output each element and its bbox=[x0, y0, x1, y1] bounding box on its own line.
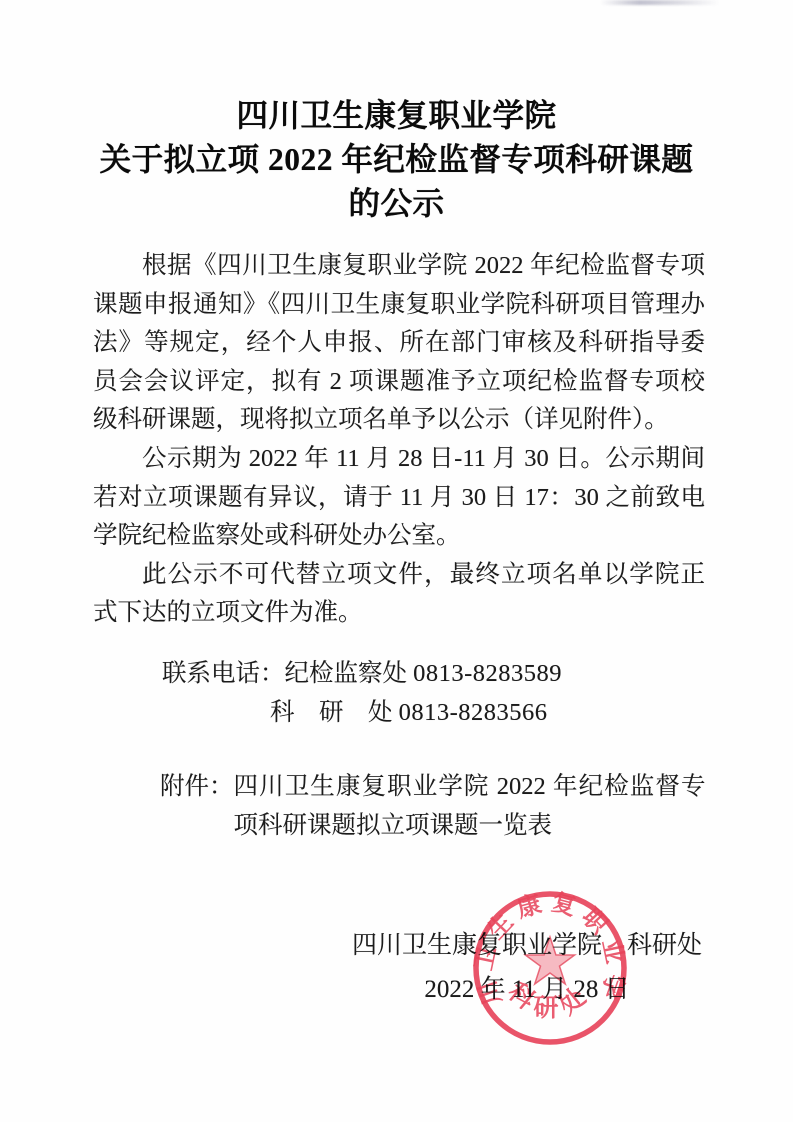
official-seal-stamp: 四川卫生康复职业学院 科研处 bbox=[470, 888, 630, 1048]
scan-smudge-artifact bbox=[600, 0, 720, 5]
contact-dept-1: 纪检监察处 bbox=[285, 660, 408, 687]
paragraph-publicity-period: 公示期为 2022 年 11 月 28 日-11 月 30 日。公示期间若对立项… bbox=[93, 440, 705, 556]
scanned-notice-page: 四川卫生康复职业学院 关于拟立项 2022 年纪检监督专项科研课题 的公示 根据… bbox=[0, 0, 793, 1122]
contact-phone-2: 0813-8283566 bbox=[399, 699, 548, 726]
title-line-suffix: 的公示 bbox=[0, 182, 793, 226]
contact-line-research-office: 科 研 处 0813-8283566 bbox=[162, 694, 562, 733]
paragraph-basis: 根据《四川卫生康复职业学院 2022 年纪检监督专项课题申报通知》《四川卫生康复… bbox=[93, 247, 705, 440]
contact-info: 联系电话：纪检监察处 0813-8283589 科 研 处 0813-82835… bbox=[162, 655, 562, 732]
contact-label: 联系电话： bbox=[162, 660, 285, 687]
seal-bottom-text: 科研处 bbox=[503, 978, 597, 1022]
attachment-title: 四川卫生康复职业学院 2022 年纪检监督专项科研课题拟立项课题一览表 bbox=[234, 768, 706, 845]
title-line-subject: 关于拟立项 2022 年纪检监督专项科研课题 bbox=[0, 138, 793, 182]
notice-body: 根据《四川卫生康复职业学院 2022 年纪检监督专项课题申报通知》《四川卫生康复… bbox=[93, 247, 705, 633]
title-line-org: 四川卫生康复职业学院 bbox=[0, 94, 793, 138]
seal-star-icon bbox=[525, 937, 574, 984]
contact-phone-1: 0813-8283589 bbox=[413, 660, 562, 687]
notice-title: 四川卫生康复职业学院 关于拟立项 2022 年纪检监督专项科研课题 的公示 bbox=[0, 94, 793, 226]
paragraph-disclaimer: 此公示不可代替立项文件，最终立项名单以学院正式下达的立项文件为准。 bbox=[93, 556, 705, 633]
contact-line-discipline-office: 联系电话：纪检监察处 0813-8283589 bbox=[162, 655, 562, 694]
attachment-note: 附件： 四川卫生康复职业学院 2022 年纪检监督专项科研课题拟立项课题一览表 bbox=[160, 768, 706, 845]
attachment-label: 附件： bbox=[160, 768, 234, 807]
contact-dept-2: 科 研 处 bbox=[270, 699, 393, 726]
